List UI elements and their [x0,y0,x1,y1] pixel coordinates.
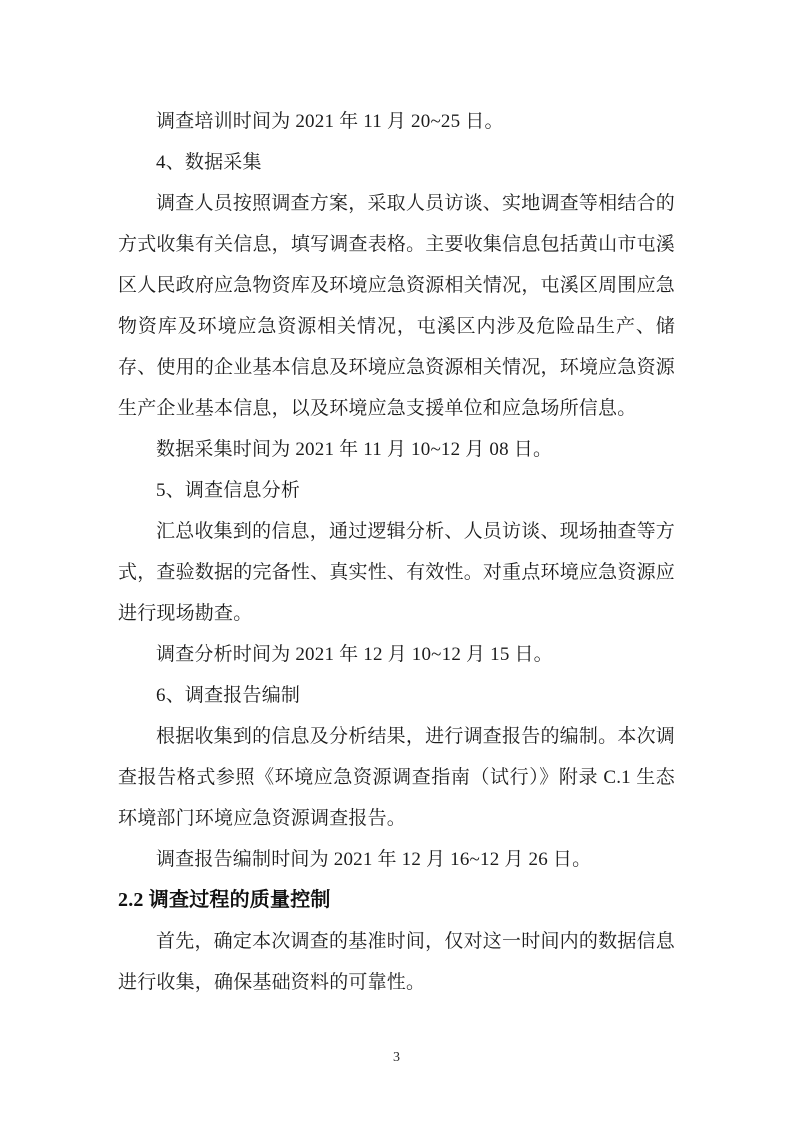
document-body: 调查培训时间为 2021 年 11 月 20~25 日。 4、数据采集 调查人员… [118,101,675,1003]
paragraph: 数据采集时间为 2021 年 11 月 10~12 月 08 日。 [118,429,675,470]
paragraph: 调查报告编制时间为 2021 年 12 月 16~12 月 26 日。 [118,839,675,880]
paragraph: 调查分析时间为 2021 年 12 月 10~12 月 15 日。 [118,634,675,675]
page-footer: 3 [0,1048,793,1066]
numbered-item-heading: 4、数据采集 [118,142,675,183]
page-number: 3 [393,1050,400,1065]
section-heading: 2.2 调查过程的质量控制 [118,880,675,921]
document-page: 调查培训时间为 2021 年 11 月 20~25 日。 4、数据采集 调查人员… [0,0,793,1122]
numbered-item-heading: 5、调查信息分析 [118,470,675,511]
paragraph: 根据收集到的信息及分析结果，进行调查报告的编制。本次调查报告格式参照《环境应急资… [118,716,675,839]
paragraph: 调查培训时间为 2021 年 11 月 20~25 日。 [118,101,675,142]
paragraph: 汇总收集到的信息，通过逻辑分析、人员访谈、现场抽查等方式，查验数据的完备性、真实… [118,511,675,634]
paragraph: 首先，确定本次调查的基准时间，仅对这一时间内的数据信息进行收集，确保基础资料的可… [118,921,675,1003]
paragraph: 调查人员按照调查方案，采取人员访谈、实地调查等相结合的方式收集有关信息，填写调查… [118,183,675,429]
numbered-item-heading: 6、调查报告编制 [118,675,675,716]
